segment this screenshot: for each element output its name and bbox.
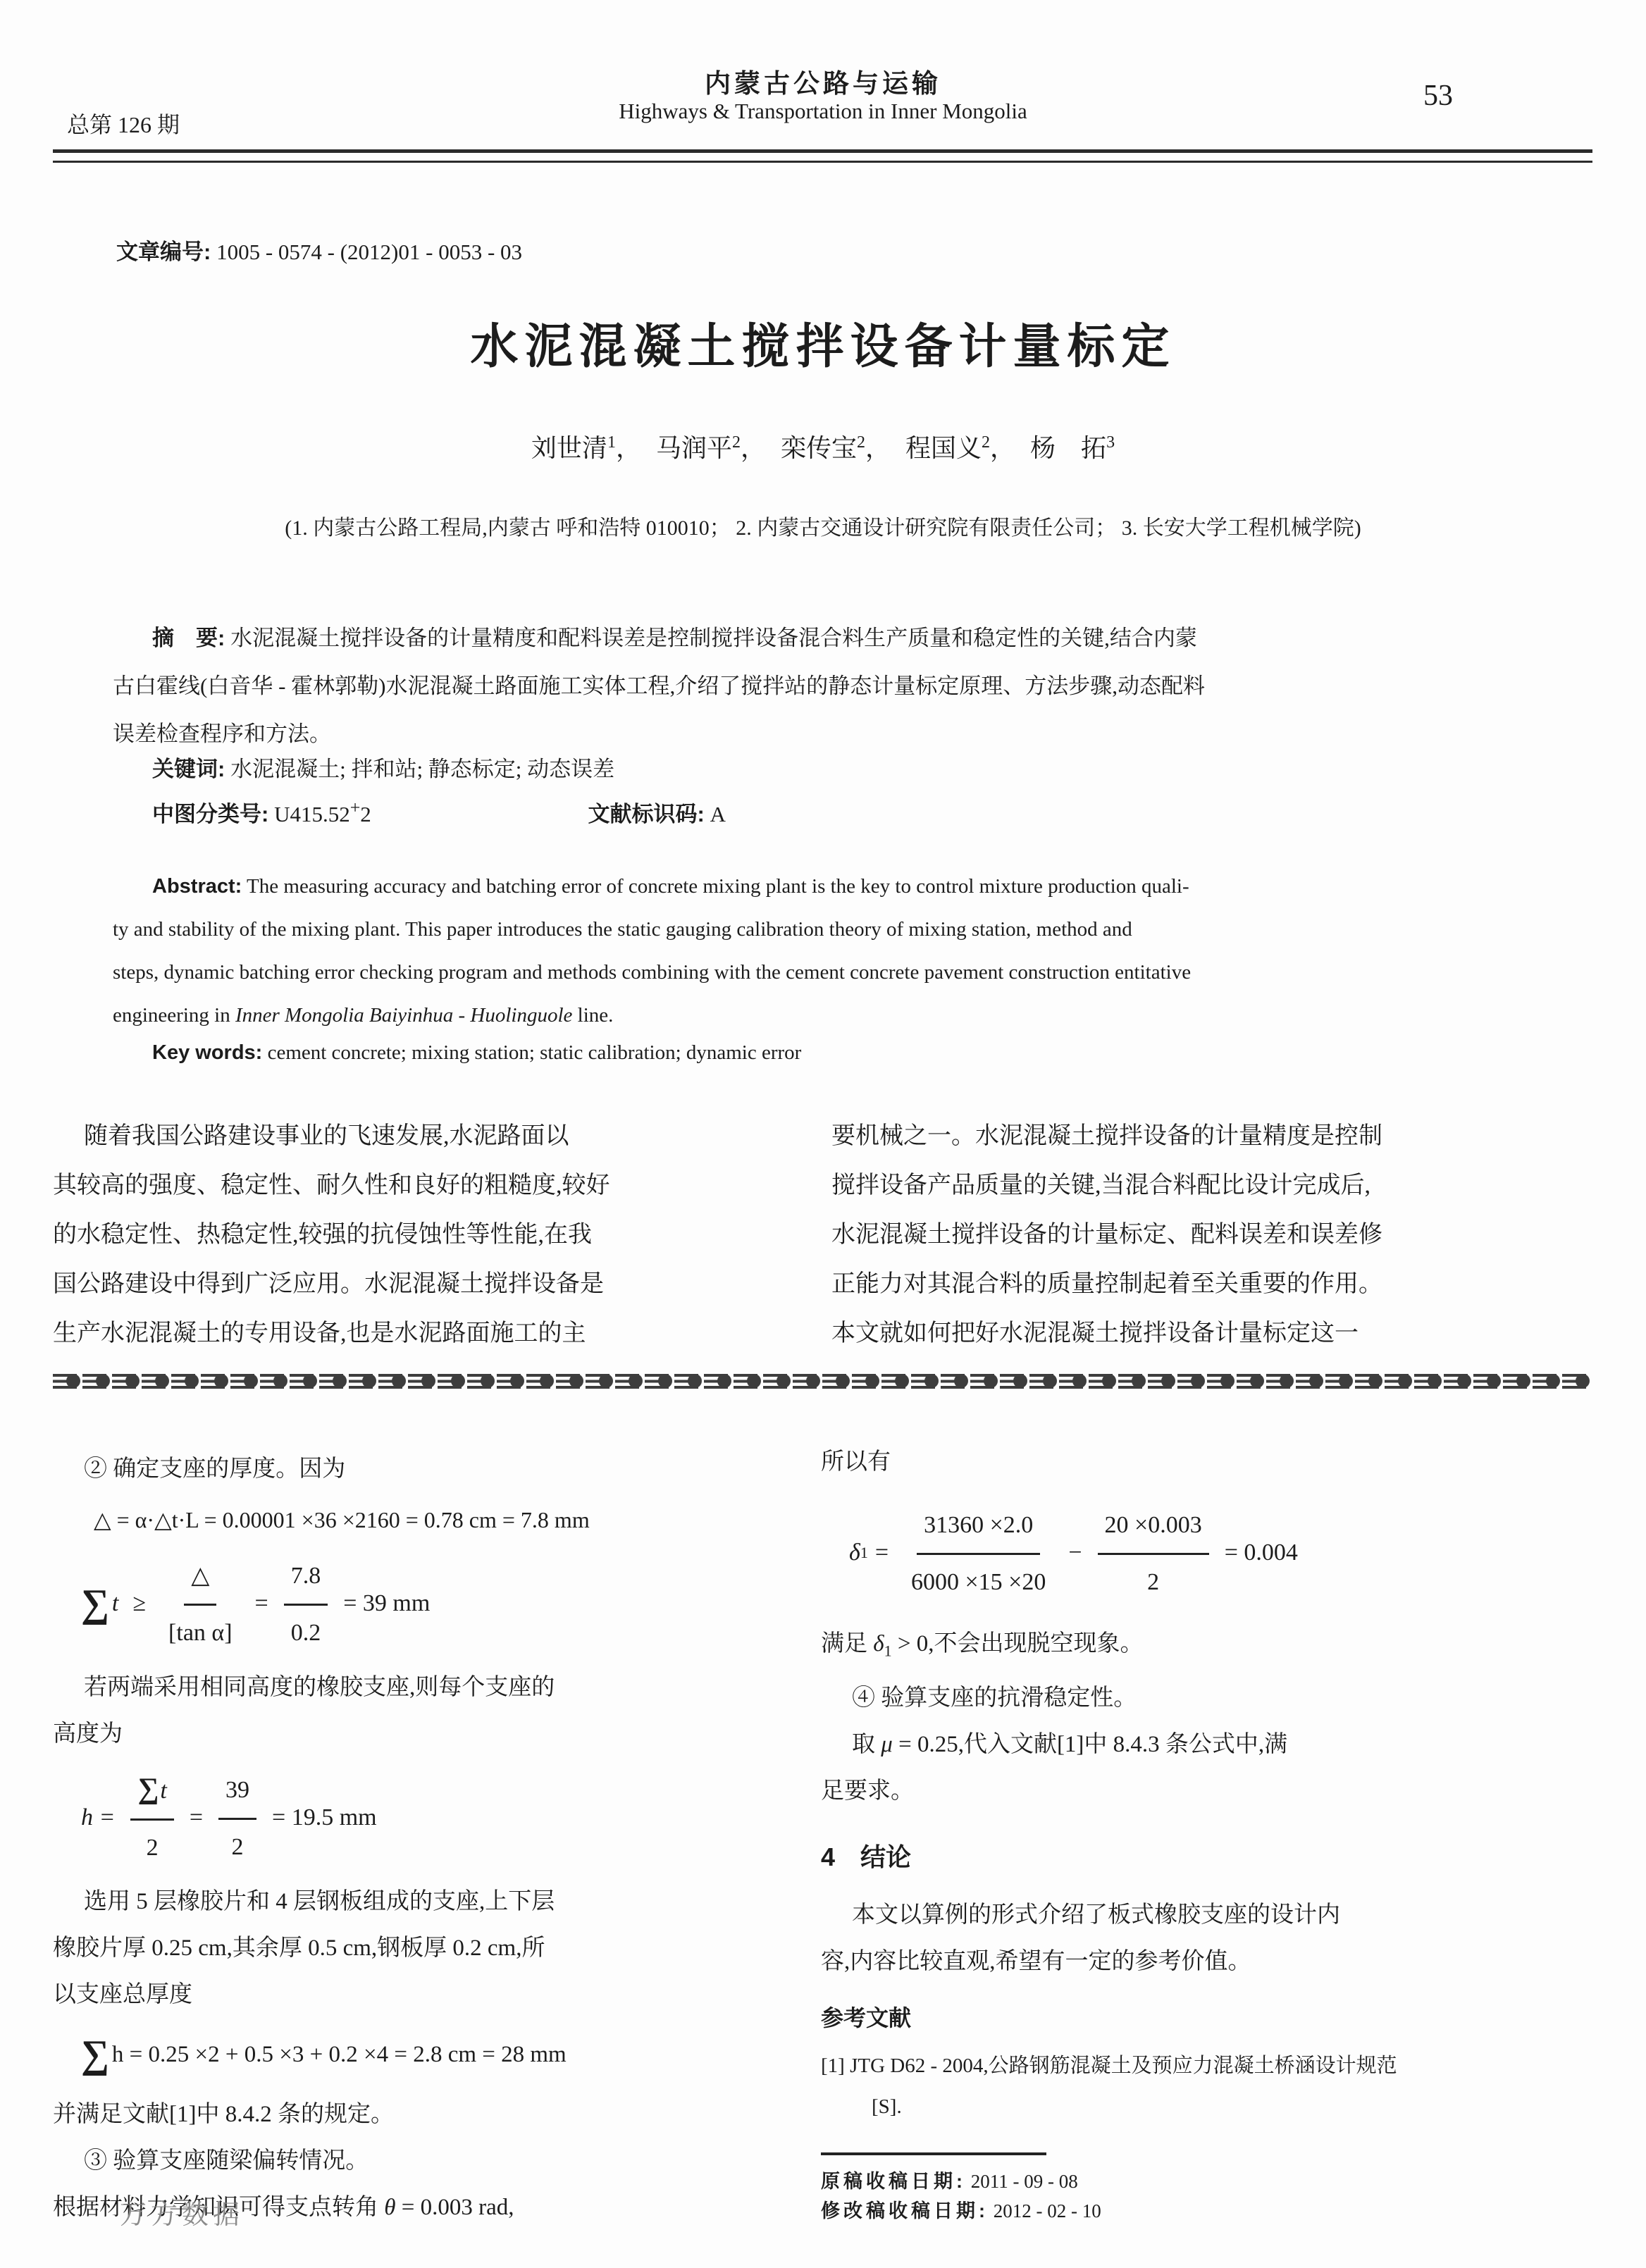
paragraph-line: 以支座总厚度 [53,1971,793,2018]
body-line: 国公路建设中得到广泛应用。水泥混凝土搅拌设备是 [53,1260,789,1309]
section-divider [53,1372,1596,1391]
divider-unit [793,1374,817,1389]
article-number-value: 1005 - 0574 - (2012)01 - 0053 - 03 [216,240,522,264]
divider-unit [1385,1374,1409,1389]
references-heading: 参考文献 [821,1995,1596,2041]
divider-unit [1207,1374,1231,1389]
abstract-en-label: Abstract: [152,875,242,898]
authors-line: 刘世清1， 马润平2， 栾传宝2， 程国义2， 杨 拓3 [0,428,1646,464]
divider-unit [734,1374,757,1389]
divider-unit [881,1374,905,1389]
keywords-label: 关键词: [152,757,225,781]
author: 杨 拓3 [1030,434,1115,462]
keywords-en-line: Key words: cement concrete; mixing stati… [113,1041,801,1065]
body-line: 生产水泥混凝土的专用设备,也是水泥路面施工的主 [53,1309,789,1358]
divider-unit [526,1374,550,1389]
body-line: 要机械之一。水泥混凝土搅拌设备的计量精度是控制 [831,1112,1596,1161]
author: 马润平2， [656,434,766,462]
fraction: 392 [218,1766,256,1871]
formula-delta: △ = α·△t·L = 0.00001 ×36 ×2160 = 0.78 cm… [94,1496,793,1543]
divider-unit [645,1374,669,1389]
body-column-left: 随着我国公路建设事业的飞速发展,水泥路面以 其较高的强度、稳定性、耐久性和良好的… [53,1112,789,1358]
received-date-line: 原稿收稿日期: 2011 - 09 - 08 [821,2167,1596,2196]
divider-unit [615,1374,639,1389]
divider-unit [1414,1374,1438,1389]
paragraph-line: 高度为 [53,1711,793,1757]
header-double-rule [53,149,1592,163]
fraction: △[tan α] [161,1551,240,1656]
clc-label: 中图分类号: [152,802,268,826]
divider-unit [1148,1374,1172,1389]
paragraph-line: ④ 验算支座的抗滑稳定性。 [821,1675,1596,1721]
page-number: 53 [1423,79,1453,113]
article-number-line: 文章编号: 1005 - 0574 - (2012)01 - 0053 - 03 [116,234,522,266]
fraction: 31360 ×2.06000 ×15 ×20 [904,1501,1053,1606]
clc-line: 中图分类号: U415.52+2 文献标识码: A [113,796,726,828]
section-heading-conclusion: 4结论 [821,1834,1596,1880]
body-line: 搅拌设备产品质量的关键,当混合料配比设计完成后, [831,1161,1596,1210]
paragraph-line: ② 确定支座的厚度。因为 [53,1446,793,1492]
divider-unit [1473,1374,1497,1389]
author-affil-sup: 1 [607,433,616,452]
divider-unit [201,1374,225,1389]
paragraph-line: 所以有 [821,1439,1596,1485]
wanfang-watermark: 万方数据 [120,2193,244,2231]
paragraph-line: 足要求。 [821,1768,1596,1814]
reference-item-line: [S]. [872,2086,1596,2127]
divider-unit [1533,1374,1557,1389]
issue-number: 总第 126 期 [67,107,180,140]
divider-unit [1444,1374,1468,1389]
author: 栾传宝2， [781,434,891,462]
divider-unit [1089,1374,1113,1389]
paragraph-line: ③ 验算支座随梁偏转情况。 [53,2138,793,2184]
divider-unit [1177,1374,1201,1389]
divider-unit [1296,1374,1320,1389]
author-affil-sup: 2 [857,433,865,452]
author: 刘世清1， [531,434,641,462]
abstract-en: Abstract: The measuring accuracy and bat… [113,865,1564,1037]
paragraph-line: 本文以算例的形式介绍了板式橡胶支座的设计内 [821,1892,1596,1938]
formula-sum-h: ∑ h = 0.25 ×2 + 0.5 ×3 + 0.2 ×4 = 2.8 cm… [81,2025,793,2084]
divider-unit [586,1374,609,1389]
divider-unit [1325,1374,1349,1389]
divider-unit [1562,1374,1586,1389]
divider-unit [467,1374,491,1389]
footnote-rule [821,2152,1046,2155]
body-line: 正能力对其混合料的质量控制起着至关重要的作用。 [831,1260,1596,1309]
body-line: 的水稳定性、热稳定性,较强的抗侵蚀性等性能,在我 [53,1210,789,1260]
divider-unit [349,1374,373,1389]
fraction: 7.80.2 [284,1551,328,1656]
divider-unit [1266,1374,1290,1389]
formula-sum-t: ∑t ≥ △[tan α] = 7.80.2 = 39 mm [81,1554,793,1653]
divider-unit [1237,1374,1261,1389]
paragraph-line: 选用 5 层橡胶片和 4 层钢板组成的支座,上下层 [53,1878,793,1925]
divider-unit [171,1374,195,1389]
body-line: 本文就如何把好水泥混凝土搅拌设备计量标定这一 [831,1309,1596,1358]
divider-unit [1000,1374,1024,1389]
paragraph-line: 取 μ = 0.25,代入文献[1]中 8.4.3 条公式中,满 [821,1721,1596,1768]
reference-item-line: [1] JTG D62 - 2004,公路钢筋混凝土及预应力混凝土桥涵设计规范 [821,2045,1596,2086]
body-column-right: 要机械之一。水泥混凝土搅拌设备的计量精度是控制 搅拌设备产品质量的关键,当混合料… [831,1112,1596,1358]
divider-unit [852,1374,876,1389]
paragraph-line: 若两端采用相同高度的橡胶支座,则每个支座的 [53,1664,793,1711]
body-line: 随着我国公路建设事业的飞速发展,水泥路面以 [53,1112,789,1161]
paragraph-line: 并满足文献[1]中 8.4.2 条的规定。 [53,2091,793,2138]
sigma-symbol: ∑ [81,2031,109,2078]
body-line: 其较高的强度、稳定性、耐久性和良好的粗糙度,较好 [53,1161,789,1210]
divider-unit [941,1374,965,1389]
lower-column-right: 所以有 δ1 = 31360 ×2.06000 ×15 ×20 − 20 ×0.… [821,1439,1596,2226]
abstract-zh-line: 摘 要: 水泥混凝土搅拌设备的计量精度和配料误差是控制搅拌设备混合料生产质量和稳… [113,614,1543,662]
keywords-value: 水泥混凝土; 拌和站; 静态标定; 动态误差 [230,757,614,781]
divider-unit [230,1374,254,1389]
divider-unit [556,1374,580,1389]
divider-unit [378,1374,402,1389]
keywords-line: 关键词: 水泥混凝土; 拌和站; 静态标定; 动态误差 [113,751,614,783]
keywords-en-value: cement concrete; mixing station; static … [268,1041,802,1064]
journal-name-en: Highways & Transportation in Inner Mongo… [0,99,1646,124]
divider-unit [1503,1374,1527,1389]
abstract-en-line: Abstract: The measuring accuracy and bat… [113,865,1564,908]
lower-column-left: ② 确定支座的厚度。因为 △ = α·△t·L = 0.00001 ×36 ×2… [53,1446,793,2231]
keywords-en-label: Key words: [152,1041,262,1064]
journal-name-cn: 内蒙古公路与运输 [0,62,1646,100]
divider-unit [319,1374,343,1389]
sigma-symbol: ∑ [137,1773,159,1805]
article-number-label: 文章编号: [116,240,211,264]
divider-unit [822,1374,846,1389]
divider-unit [911,1374,935,1389]
manuscript-dates: 原稿收稿日期: 2011 - 09 - 08 修改稿收稿日期: 2012 - 0… [821,2152,1596,2226]
abstract-zh: 摘 要: 水泥混凝土搅拌设备的计量精度和配料误差是控制搅拌设备混合料生产质量和稳… [113,614,1543,758]
divider-unit [704,1374,728,1389]
divider-unit [1355,1374,1379,1389]
divider-unit [1059,1374,1083,1389]
formula-h: h = ∑t2 = 392 = 19.5 mm [81,1768,793,1867]
divider-unit [82,1374,106,1389]
sigma-symbol: ∑ [81,1580,109,1627]
divider-unit [1118,1374,1142,1389]
fraction: 20 ×0.0032 [1098,1501,1209,1606]
article-title: 水泥混凝土搅拌设备计量标定 [0,309,1646,377]
divider-unit [53,1374,77,1389]
clc-value: U415.52+2 [274,802,371,826]
abstract-zh-line: 古白霍线(白音华 - 霍林郭勒)水泥混凝土路面施工实体工程,介绍了搅拌站的静态计… [113,662,1543,710]
divider-unit [260,1374,284,1389]
fraction: ∑t2 [130,1764,173,1871]
divider-unit [970,1374,994,1389]
abstract-en-line: engineering in Inner Mongolia Baiyinhua … [113,994,1564,1037]
author: 程国义2， [905,434,1015,462]
divider-unit [142,1374,166,1389]
divider-unit [438,1374,462,1389]
journal-page: 内蒙古公路与运输 Highways & Transportation in In… [0,0,1646,2268]
author-affil-sup: 2 [982,433,990,452]
doc-code-value: A [710,802,726,826]
author-affil-sup: 2 [732,433,741,452]
abstract-label: 摘 要: [152,626,225,650]
divider-unit [408,1374,432,1389]
abstract-en-line: steps, dynamic batching error checking p… [113,951,1564,994]
divider-unit [674,1374,698,1389]
divider-unit [112,1374,136,1389]
divider-unit [763,1374,787,1389]
paragraph-line: 容,内容比较直观,希望有一定的参考价值。 [821,1938,1596,1985]
paragraph-line: 满足 δ1 > 0,不会出现脱空现象。 [821,1621,1596,1675]
divider-unit [290,1374,314,1389]
body-line: 水泥混凝土搅拌设备的计量标定、配料误差和误差修 [831,1210,1596,1260]
author-affil-sup: 3 [1106,433,1115,452]
affiliations: (1. 内蒙古公路工程局,内蒙古 呼和浩特 010010； 2. 内蒙古交通设计… [0,510,1646,541]
divider-unit [1029,1374,1053,1389]
revised-date-line: 修改稿收稿日期: 2012 - 02 - 10 [821,2196,1596,2226]
doc-code-label: 文献标识码: [588,802,705,826]
formula-delta1: δ1 = 31360 ×2.06000 ×15 ×20 − 20 ×0.0032… [849,1496,1596,1609]
abstract-en-line: ty and stability of the mixing plant. Th… [113,908,1564,951]
divider-unit [497,1374,521,1389]
paragraph-line: 橡胶片厚 0.25 cm,其余厚 0.5 cm,钢板厚 0.2 cm,所 [53,1925,793,1971]
